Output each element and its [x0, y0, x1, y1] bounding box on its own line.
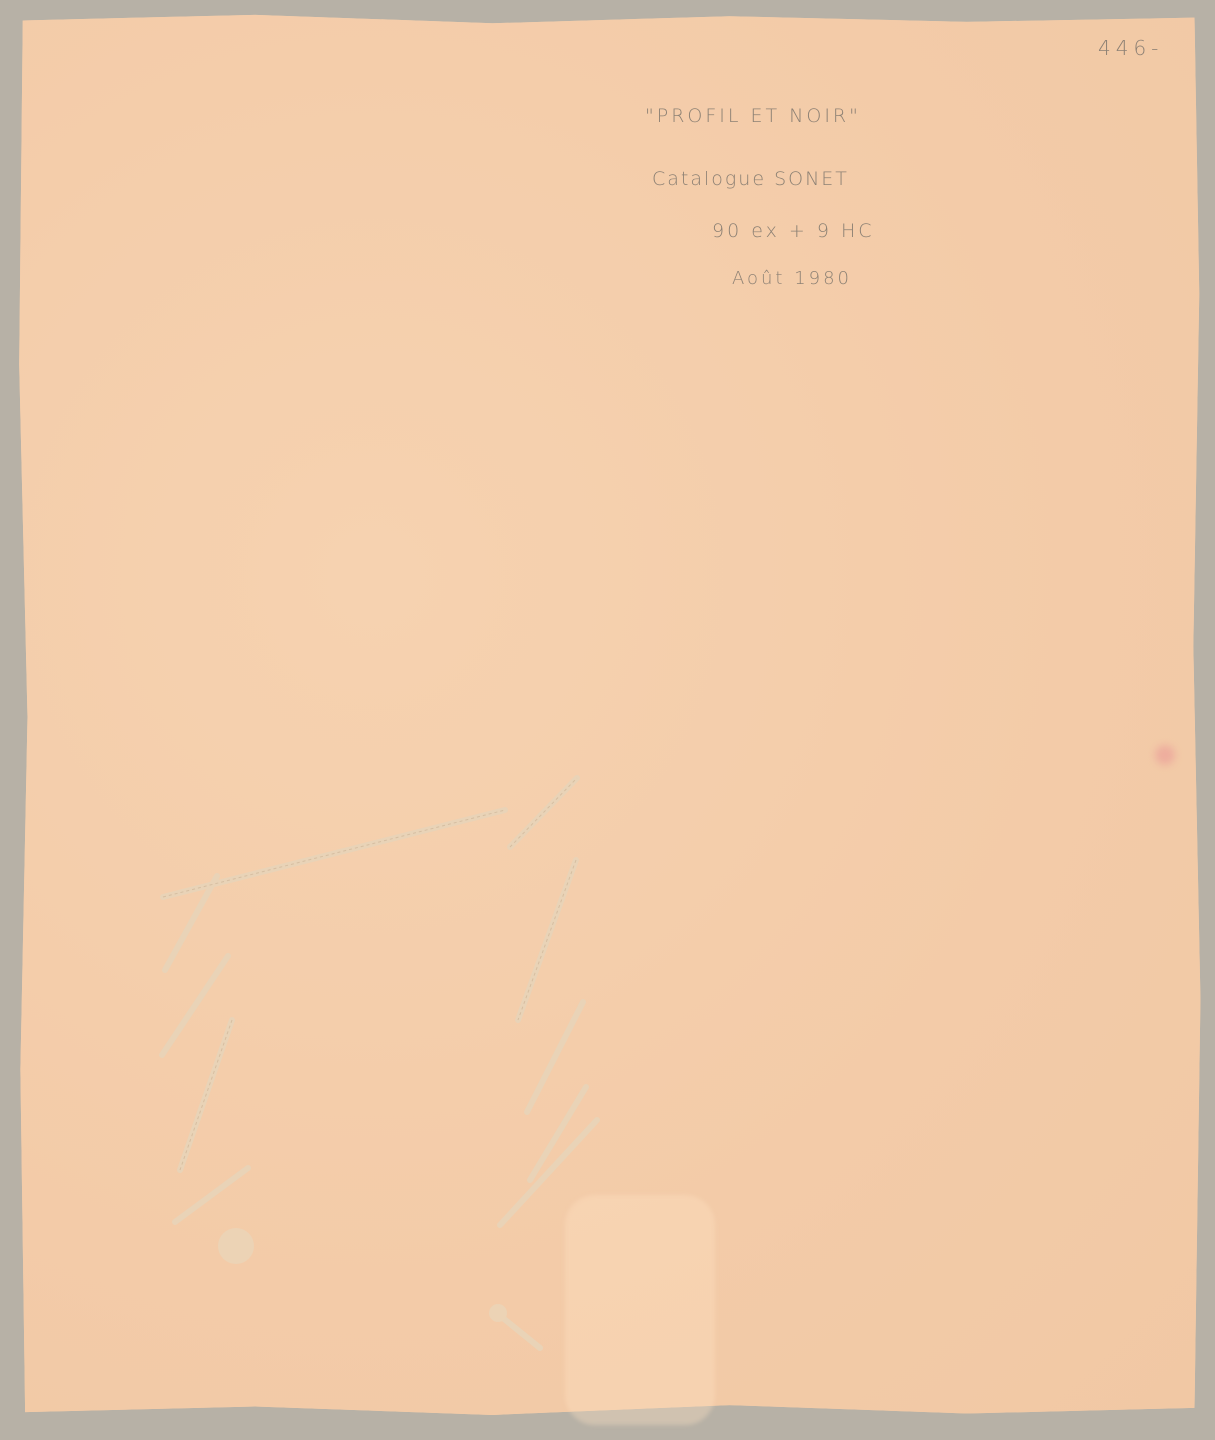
cord-strings — [0, 0, 1215, 1440]
cord-knot — [218, 1228, 254, 1264]
